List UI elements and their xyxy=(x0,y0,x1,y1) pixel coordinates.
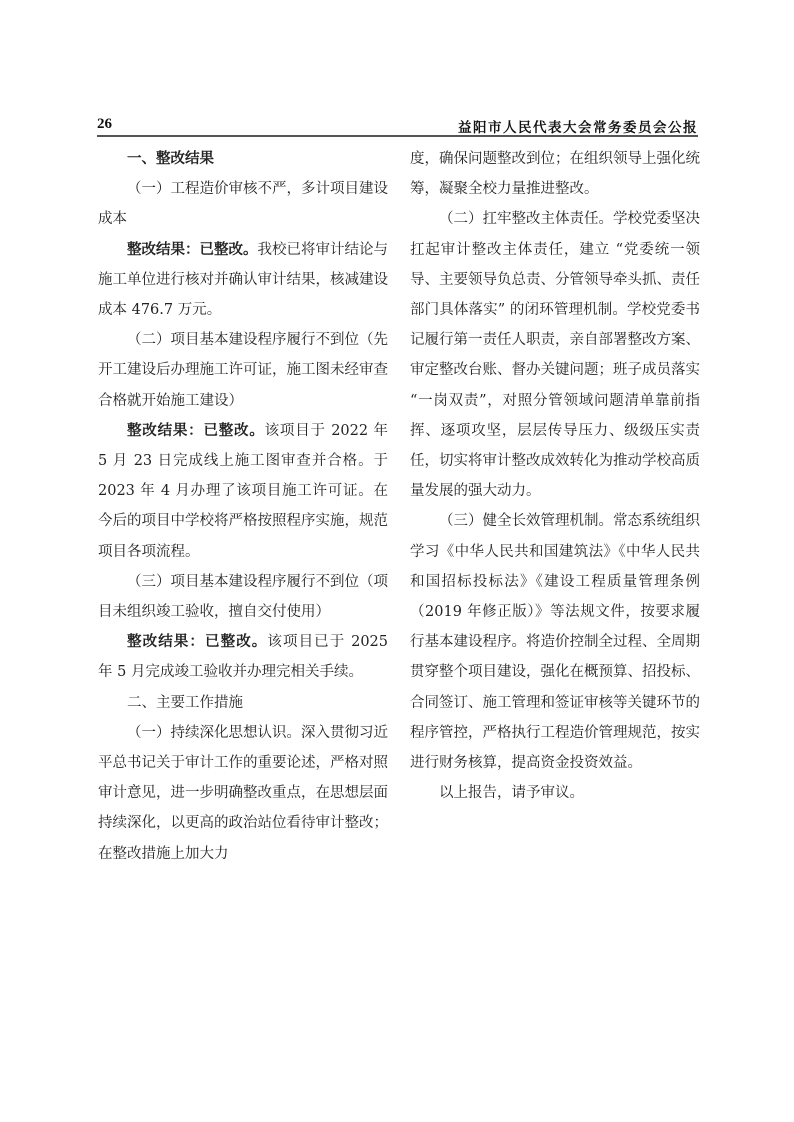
page-header: 26 益阳市人民代表大会常务委员会公报 xyxy=(97,116,698,134)
section-heading: 一、整改结果 xyxy=(98,144,388,174)
item-title: （二）项目基本建设程序履行不到位（先开工建设后办理施工许可证，施工图未经审查合格… xyxy=(98,325,388,416)
result-paragraph: 整改结果：已整改。该项目已于 2025 年 5 月完成竣工验收并办理完相关手续。 xyxy=(98,627,388,687)
measure-paragraph: （一）持续深化思想认识。深入贯彻习近平总书记关于审计工作的重要论述，严格对照审计… xyxy=(98,718,388,869)
result-label: 整改结果：已整改。 xyxy=(127,633,267,650)
journal-title: 益阳市人民代表大会常务委员会公报 xyxy=(458,116,698,136)
measure-paragraph: （二）扛牢整改主体责任。学校党委坚决扛起审计整改主体责任，建立 “党委统一领导、… xyxy=(410,204,700,506)
result-label: 整改结果：已整改。 xyxy=(127,241,258,258)
result-paragraph: 整改结果：已整改。我校已将审计结论与施工单位进行核对并确认审计结果，核减建设成本… xyxy=(98,235,388,326)
measure-paragraph-continued: 度，确保问题整改到位；在组织领导上强化统筹，凝聚全校力量推进整改。 xyxy=(410,144,700,204)
item-title: （一）工程造价审核不严，多计项目建设成本 xyxy=(98,174,388,234)
left-column: 一、整改结果 （一）工程造价审核不严，多计项目建设成本 整改结果：已整改。我校已… xyxy=(98,144,388,869)
result-label: 整改结果：已整改。 xyxy=(127,422,265,439)
result-paragraph: 整改结果：已整改。该项目于 2022 年 5 月 23 日完成线上施工图审查并合… xyxy=(98,416,388,567)
measure-paragraph: （三）健全长效管理机制。常态系统组织学习《中华人民共和国建筑法》《中华人民共和国… xyxy=(410,506,700,778)
right-column: 度，确保问题整改到位；在组织领导上强化统筹，凝聚全校力量推进整改。 （二）扛牢整… xyxy=(410,144,700,808)
section-heading: 二、主要工作措施 xyxy=(98,688,388,718)
closing-statement: 以上报告，请予审议。 xyxy=(410,778,700,808)
page-number: 26 xyxy=(97,116,112,133)
result-text: 该项目于 2022 年 5 月 23 日完成线上施工图审查并合格。于 2023 … xyxy=(98,423,388,560)
item-title: （三）项目基本建设程序履行不到位（项目未组织竣工验收，擅自交付使用） xyxy=(98,567,388,627)
header-divider xyxy=(97,135,698,137)
